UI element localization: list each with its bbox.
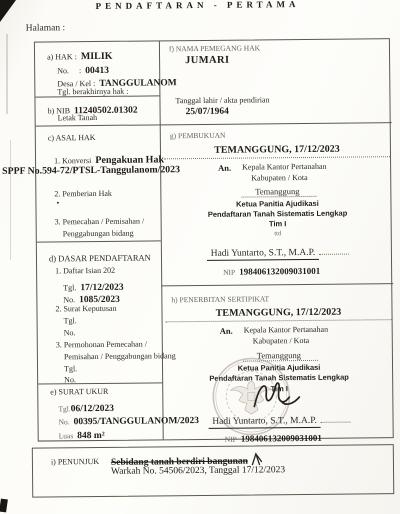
- ruling-dots: [166, 319, 392, 322]
- birth-label: Tanggal lahir / akta pendirian: [175, 95, 269, 105]
- perm-tgl-label: Tgl.: [64, 364, 77, 373]
- luas-label: Luas: [59, 431, 74, 440]
- sk-tgl-label: Tgl.: [64, 316, 77, 325]
- warkah-line: Warkah No. 54506/2023, Tanggal 17/12/202…: [111, 465, 285, 477]
- permohonan-line1: 3. Permohonan Pemecahan /: [56, 340, 147, 350]
- section-d-heading: d) DASAR PENDAFTARAN: [49, 252, 151, 263]
- permohonan-line2: Pemisahan / Penggabungan bidang: [64, 351, 176, 361]
- official-line2: Kabupaten / Kota: [253, 336, 310, 346]
- konversi-label: 1. Konversi: [54, 156, 91, 165]
- daftar-isian-label: 1. Daftar Isian 202: [55, 266, 115, 276]
- ruling-dots: [319, 246, 349, 255]
- signature-icon: [250, 376, 302, 414]
- pemecahan-line1: 3. Pemecahan / Pemisahan /: [55, 217, 145, 227]
- ruling-dots: [164, 156, 390, 159]
- surat-keputusan-label: 2. Surat Keputusan: [55, 304, 116, 314]
- divider-d-e: [38, 382, 162, 384]
- section-g-heading: g) PEMBUKUAN: [170, 131, 226, 141]
- expiry-label: Tgl. berakhirnya hak :: [57, 87, 128, 97]
- holder-name: JUMARI: [185, 55, 230, 66]
- city-dots: [241, 196, 316, 198]
- scanned-land-certificate-page: { "doc": { "title": "PENDAFTARAN - PERTA…: [0, 0, 400, 514]
- pembukuan-place-date: TEMANGGUNG, 17/12/2023: [164, 143, 390, 156]
- nip-row: NIP 198406132009031001: [223, 261, 320, 280]
- signer-name-row: Hadi Yuntarto, S.T., M.A.P.: [165, 245, 391, 259]
- birth-value: 25/07/1964: [186, 107, 229, 117]
- nip-row: NIP 198406132009031001: [225, 428, 322, 447]
- nip-value: 198406132009031001: [239, 266, 320, 277]
- sk-no-label: No.: [64, 328, 76, 337]
- signer-name: Hadi Yuntarto, S.T., M.A.P.: [208, 416, 321, 429]
- nip-label: NIP: [223, 268, 235, 277]
- paraph-mark-icon: [250, 452, 263, 465]
- surat-ukur-luas: Luas 848 m²: [59, 425, 105, 443]
- penunjuk-box: i) PENUNJUK Sebidang tanah berdiri bangu…: [32, 444, 394, 497]
- perm-no-label: No.: [64, 375, 76, 384]
- official-line2: Kabupaten / Kota: [251, 173, 308, 183]
- pemberian-hak-mark: •: [56, 198, 59, 207]
- letak-tanah-label: Letak Tanah: [58, 113, 98, 122]
- divider-g-h: [161, 283, 393, 286]
- section-c-heading: c) ASAL HAK: [48, 133, 96, 142]
- section-e-heading: e) SURAT UKUR: [50, 387, 108, 397]
- luas-value: 848 m²: [77, 431, 104, 441]
- ruling-dots: [321, 414, 351, 423]
- pemecahan-line2: Penggabungan bidang: [63, 229, 134, 239]
- committee-line3: Tim I: [165, 218, 391, 229]
- pemberian-hak-label: 2. Pemberian Hak: [54, 189, 112, 199]
- penerbitan-place-date: TEMANGGUNG, 17/12/2023: [165, 306, 391, 319]
- official-line1: Kepala Kantor Pertanahan: [242, 162, 326, 172]
- an-label: An.: [220, 326, 233, 336]
- main-table: a) HAK : MILIK No. : 00413 Desa / Kel : …: [34, 38, 394, 441]
- an-label: An.: [218, 163, 231, 173]
- signer-name: Hadi Yuntarto, S.T., M.A.P.: [207, 248, 320, 261]
- halaman-label: Halaman :: [26, 23, 65, 33]
- nip-value: 198406132009031001: [241, 433, 322, 444]
- section-i-heading: i) PENUNJUK: [51, 457, 99, 466]
- page-title: PENDAFTARAN - PERTAMA: [0, 0, 398, 12]
- ttd-placeholder: ttd: [165, 229, 391, 238]
- signer-name-row: Hadi Yuntarto, S.T., M.A.P.: [166, 413, 392, 427]
- official-line1: Kepala Kantor Pertanahan: [244, 325, 328, 335]
- divider-b-c: [36, 122, 392, 126]
- no-label: No.: [63, 295, 75, 304]
- nip-label: NIP: [225, 435, 237, 444]
- section-f-heading: f) NAMA PEMEGANG HAK: [169, 43, 260, 53]
- divider-c-d: [37, 240, 161, 242]
- sppf-line: SPPF No.594-72/PTSL-Tanggulanom/2023: [2, 164, 180, 177]
- document-sheet: PENDAFTARAN - PERTAMA Halaman : a) HAK :…: [0, 0, 400, 514]
- section-h-heading: h) PENERBITAN SERTIPIKAT: [171, 294, 269, 304]
